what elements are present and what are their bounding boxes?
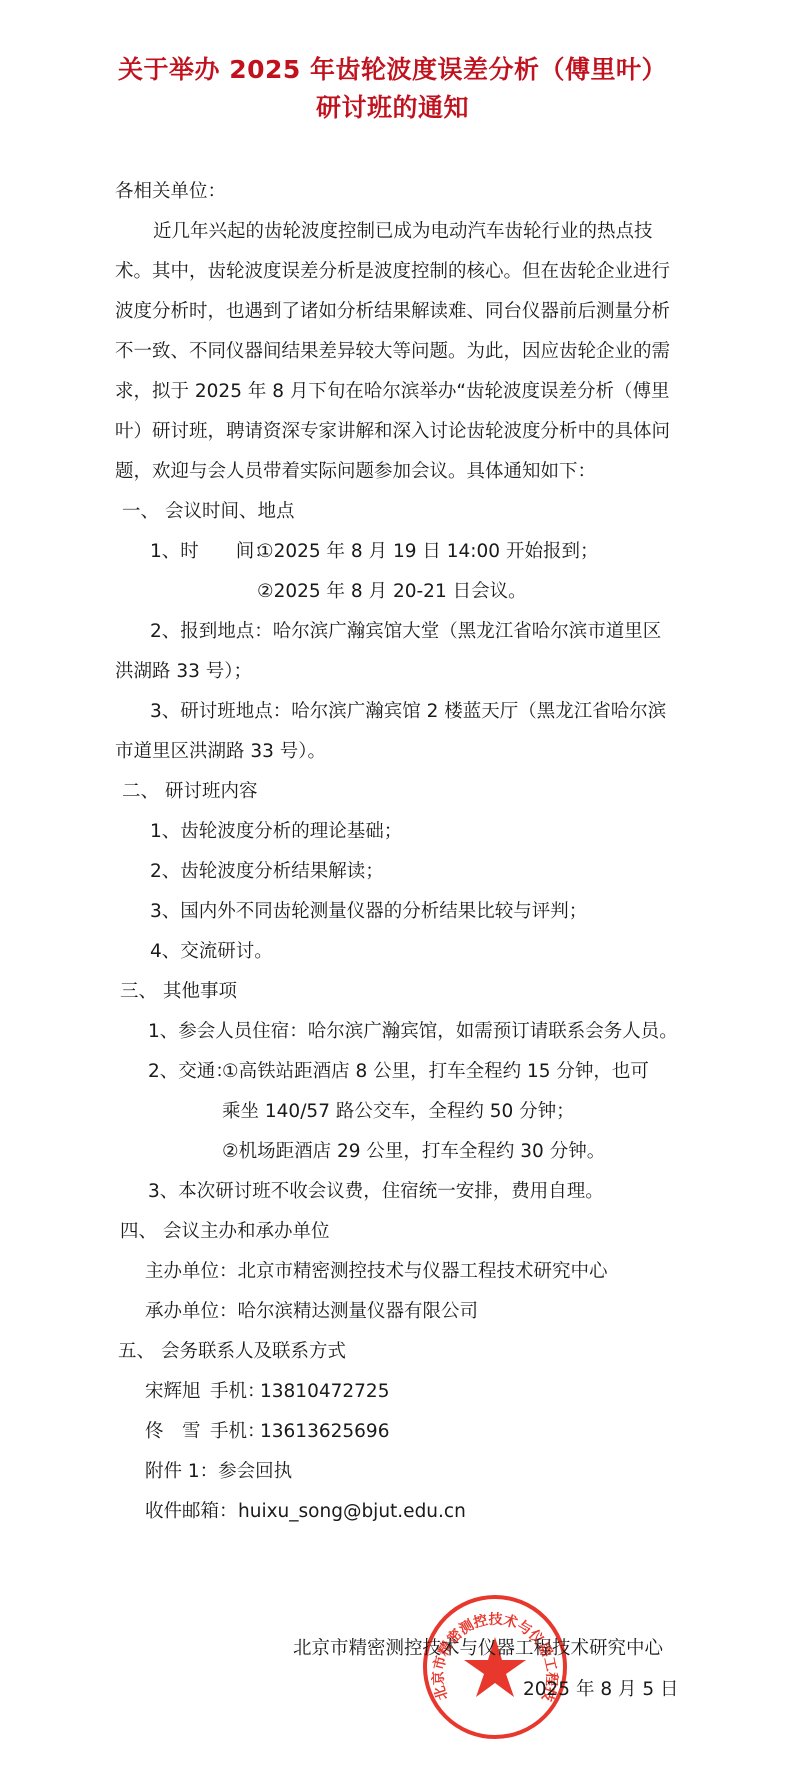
intro-line: 求，拟于 2025 年 8 月下旬在哈尔滨举办“齿轮波度误差分析（傅里 [115, 380, 669, 404]
salutation: 各相关单位： [115, 180, 226, 204]
meeting-dates: ②2025 年 8 月 20-21 日会议。 [257, 580, 527, 604]
email-label: 收件邮箱： [145, 1500, 238, 1524]
section-heading: 会务联系人及联系方式 [161, 1340, 346, 1364]
content-item: 4、交流研讨。 [150, 940, 273, 964]
contact-name: 宋辉旭 [145, 1380, 201, 1404]
signature-date: 2025 年 8 月 5 日 [523, 1678, 679, 1702]
intro-line: 不一致、不同仪器间结果差异较大等问题。为此，因应齿轮企业的需 [115, 340, 670, 364]
document-title-line-2: 研讨班的通知 [0, 88, 785, 124]
section-heading: 会议时间、地点 [165, 500, 295, 524]
section-number: 四、 [120, 1220, 157, 1244]
section-heading: 研讨班内容 [165, 780, 258, 804]
host-organization: 主办单位：北京市精密测控技术与仪器工程技术研究中心 [145, 1260, 608, 1284]
time-label: 1、时 间： [150, 540, 273, 564]
content-item: 1、齿轮波度分析的理论基础； [150, 820, 402, 844]
intro-line: 波度分析时，也遇到了诸如分析结果解读难、同台仪器前后测量分析 [115, 300, 670, 324]
document-title-line-1: 关于举办 2025 年齿轮波度误差分析（傅里叶） [0, 50, 785, 86]
signature-organization: 北京市精密测控技术与仪器工程技术研究中心 [293, 1637, 663, 1661]
section-heading: 会议主办和承办单位 [163, 1220, 330, 1244]
transport-label: 2、交通： [148, 1060, 234, 1084]
seminar-location-cont: 市道里区洪湖路 33 号）。 [115, 740, 326, 764]
seminar-location: 3、研讨班地点：哈尔滨广瀚宾馆 2 楼蓝天厅（黑龙江省哈尔滨 [150, 700, 666, 724]
transport-airport: ②机场距酒店 29 公里，打车全程约 30 分钟。 [222, 1140, 605, 1164]
section-number: 二、 [122, 780, 159, 804]
intro-line: 近几年兴起的齿轮波度控制已成为电动汽车齿轮行业的热点技 [153, 220, 653, 244]
phone-label: 手机： [210, 1420, 266, 1444]
contact-phone[interactable]: 13810472725 [260, 1380, 389, 1404]
registration-time: ①2025 年 8 月 19 日 14:00 开始报到； [257, 540, 598, 564]
registration-location: 2、报到地点：哈尔滨广瀚宾馆大堂（黑龙江省哈尔滨市道里区 [150, 620, 661, 644]
official-seal-icon: 北京市精密测控技术与仪器工程技术研究中心 [420, 1592, 570, 1742]
content-item: 2、齿轮波度分析结果解读； [150, 860, 384, 884]
phone-label: 手机： [210, 1380, 266, 1404]
transport-bus: 乘坐 140/57 路公交车，全程约 50 分钟； [222, 1100, 575, 1124]
fee-item: 3、本次研讨班不收会议费，住宿统一安排，费用自理。 [148, 1180, 604, 1204]
content-item: 3、国内外不同齿轮测量仪器的分析结果比较与评判； [150, 900, 587, 924]
accommodation-item: 1、参会人员住宿：哈尔滨广瀚宾馆，如需预订请联系会务人员。 [148, 1020, 678, 1044]
registration-location-cont: 洪湖路 33 号）； [115, 660, 252, 684]
intro-line: 题，欢迎与会人员带着实际问题参加会议。具体通知如下： [115, 460, 596, 484]
section-number: 一、 [122, 500, 159, 524]
attachment-note: 附件 1：参会回执 [145, 1460, 292, 1484]
contact-phone[interactable]: 13613625696 [260, 1420, 389, 1444]
contact-name: 佟 雪 [145, 1420, 201, 1444]
co-organizer: 承办单位：哈尔滨精达测量仪器有限公司 [145, 1300, 478, 1324]
intro-line: 叶）研讨班，聘请资深专家讲解和深入讨论齿轮波度分析中的具体问 [115, 420, 670, 444]
section-number: 三、 [120, 980, 157, 1004]
transport-train: ①高铁站距酒店 8 公里，打车全程约 15 分钟，也可 [222, 1060, 649, 1084]
section-number: 五、 [118, 1340, 155, 1364]
email-link[interactable]: huixu_song@bjut.edu.cn [238, 1500, 466, 1524]
intro-line: 术。其中，齿轮波度误差分析是波度控制的核心。但在齿轮企业进行 [115, 260, 670, 284]
section-heading: 其他事项 [163, 980, 237, 1004]
